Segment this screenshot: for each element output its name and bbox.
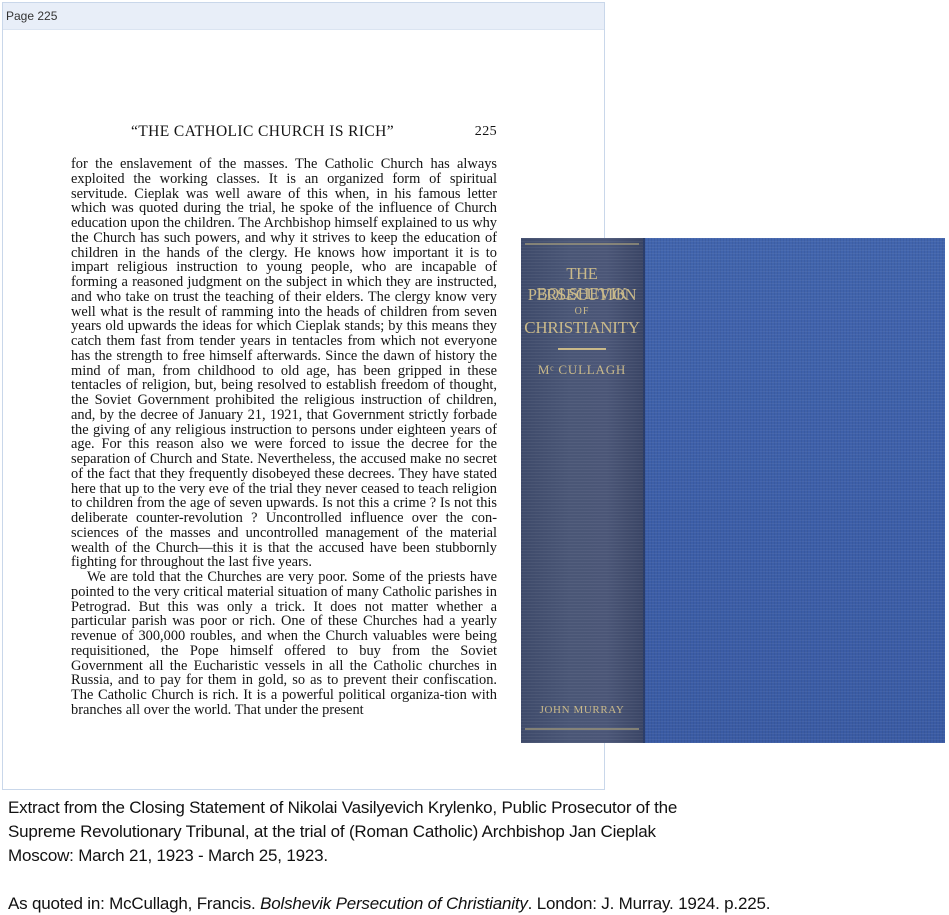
spine-title-line: CHRISTIANITY <box>521 318 643 338</box>
source-citation: As quoted in: McCullagh, Francis. Bolshe… <box>8 892 943 915</box>
book-cover-photo: THE BOLSHEVIK PERSECUTION OF CHRISTIANIT… <box>521 238 945 743</box>
caption-line: Moscow: March 21, 1923 - March 25, 1923. <box>8 844 943 868</box>
spine-author: Mᶜ CULLAGH <box>521 362 643 378</box>
spine-title-line: PERSECUTION <box>521 285 643 305</box>
running-head: “THE CATHOLIC CHURCH IS RICH” 225 <box>71 123 497 145</box>
book-page-scan: “THE CATHOLIC CHURCH IS RICH” 225 for th… <box>71 123 497 790</box>
caption-line: Extract from the Closing Statement of Ni… <box>8 796 943 820</box>
citation-prefix: As quoted in: McCullagh, Francis. <box>8 894 260 913</box>
page-viewer[interactable]: Page 225 “THE CATHOLIC CHURCH IS RICH” 2… <box>2 2 605 790</box>
caption: Extract from the Closing Statement of Ni… <box>8 796 943 915</box>
book-front-cover <box>643 238 945 743</box>
caption-line: Supreme Revolutionary Tribunal, at the t… <box>8 820 943 844</box>
spine-publisher: JOHN MURRAY <box>521 704 643 716</box>
spine-rule <box>558 348 606 350</box>
page-number: 225 <box>475 124 497 140</box>
spine-band <box>525 243 639 245</box>
paragraph: for the enslavement of the masses. The C… <box>71 157 497 570</box>
spine-band <box>525 728 639 730</box>
book-spine: THE BOLSHEVIK PERSECUTION OF CHRISTIANIT… <box>521 238 643 743</box>
spine-title-line: OF <box>521 306 643 317</box>
page-body: for the enslavement of the masses. The C… <box>71 157 497 790</box>
page-label: Page 225 <box>3 3 604 30</box>
chapter-title: “THE CATHOLIC CHURCH IS RICH” <box>131 123 394 141</box>
paragraph: We are told that the Churches are very p… <box>71 570 497 718</box>
citation-book-title: Bolshevik Persecution of Christianity <box>260 894 528 913</box>
citation-suffix: . London: J. Murray. 1924. p.225. <box>528 894 771 913</box>
